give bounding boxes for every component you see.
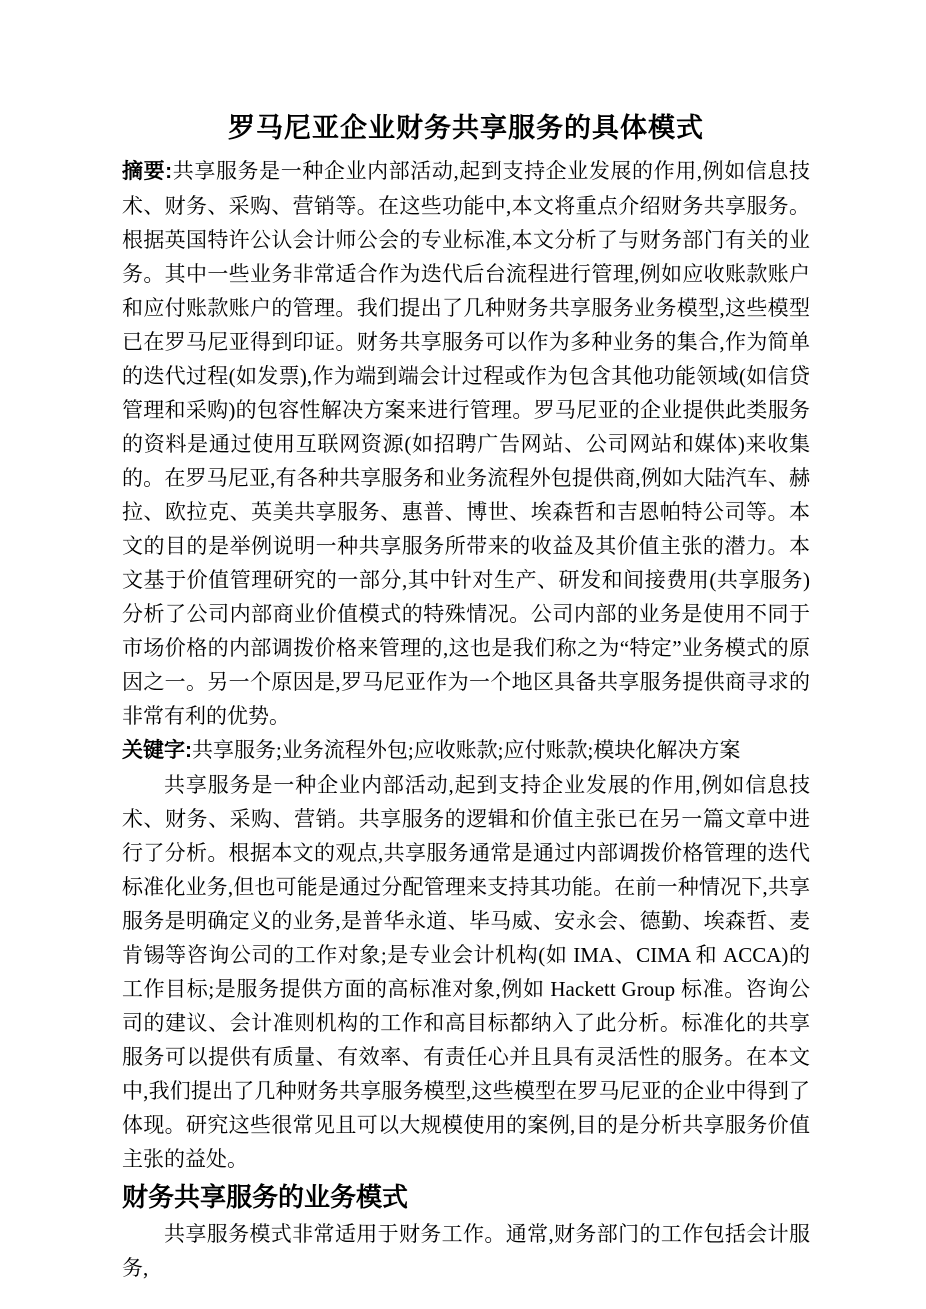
document-page: 罗马尼亚企业财务共享服务的具体模式 摘要:共享服务是一种企业内部活动,起到支持企…: [0, 0, 926, 1309]
keywords-line: 关键字:共享服务;业务流程外包;应收账款;应付账款;模块化解决方案: [122, 733, 810, 768]
abstract-paragraph: 摘要:共享服务是一种企业内部活动,起到支持企业发展的作用,例如信息技术、财务、采…: [122, 154, 810, 733]
introduction-paragraph: 共享服务是一种企业内部活动,起到支持企业发展的作用,例如信息技术、财务、采购、营…: [122, 768, 810, 1176]
section-paragraph: 共享服务模式非常适用于财务工作。通常,财务部门的工作包括会计服务,: [122, 1217, 810, 1285]
keywords-text: 共享服务;业务流程外包;应收账款;应付账款;模块化解决方案: [192, 738, 740, 762]
document-title: 罗马尼亚企业财务共享服务的具体模式: [122, 110, 810, 146]
keywords-label: 关键字:: [122, 739, 192, 762]
abstract-label: 摘要:: [122, 160, 172, 183]
section-heading: 财务共享服务的业务模式: [122, 1177, 810, 1217]
abstract-text: 共享服务是一种企业内部活动,起到支持企业发展的作用,例如信息技术、财务、采购、营…: [122, 159, 810, 728]
